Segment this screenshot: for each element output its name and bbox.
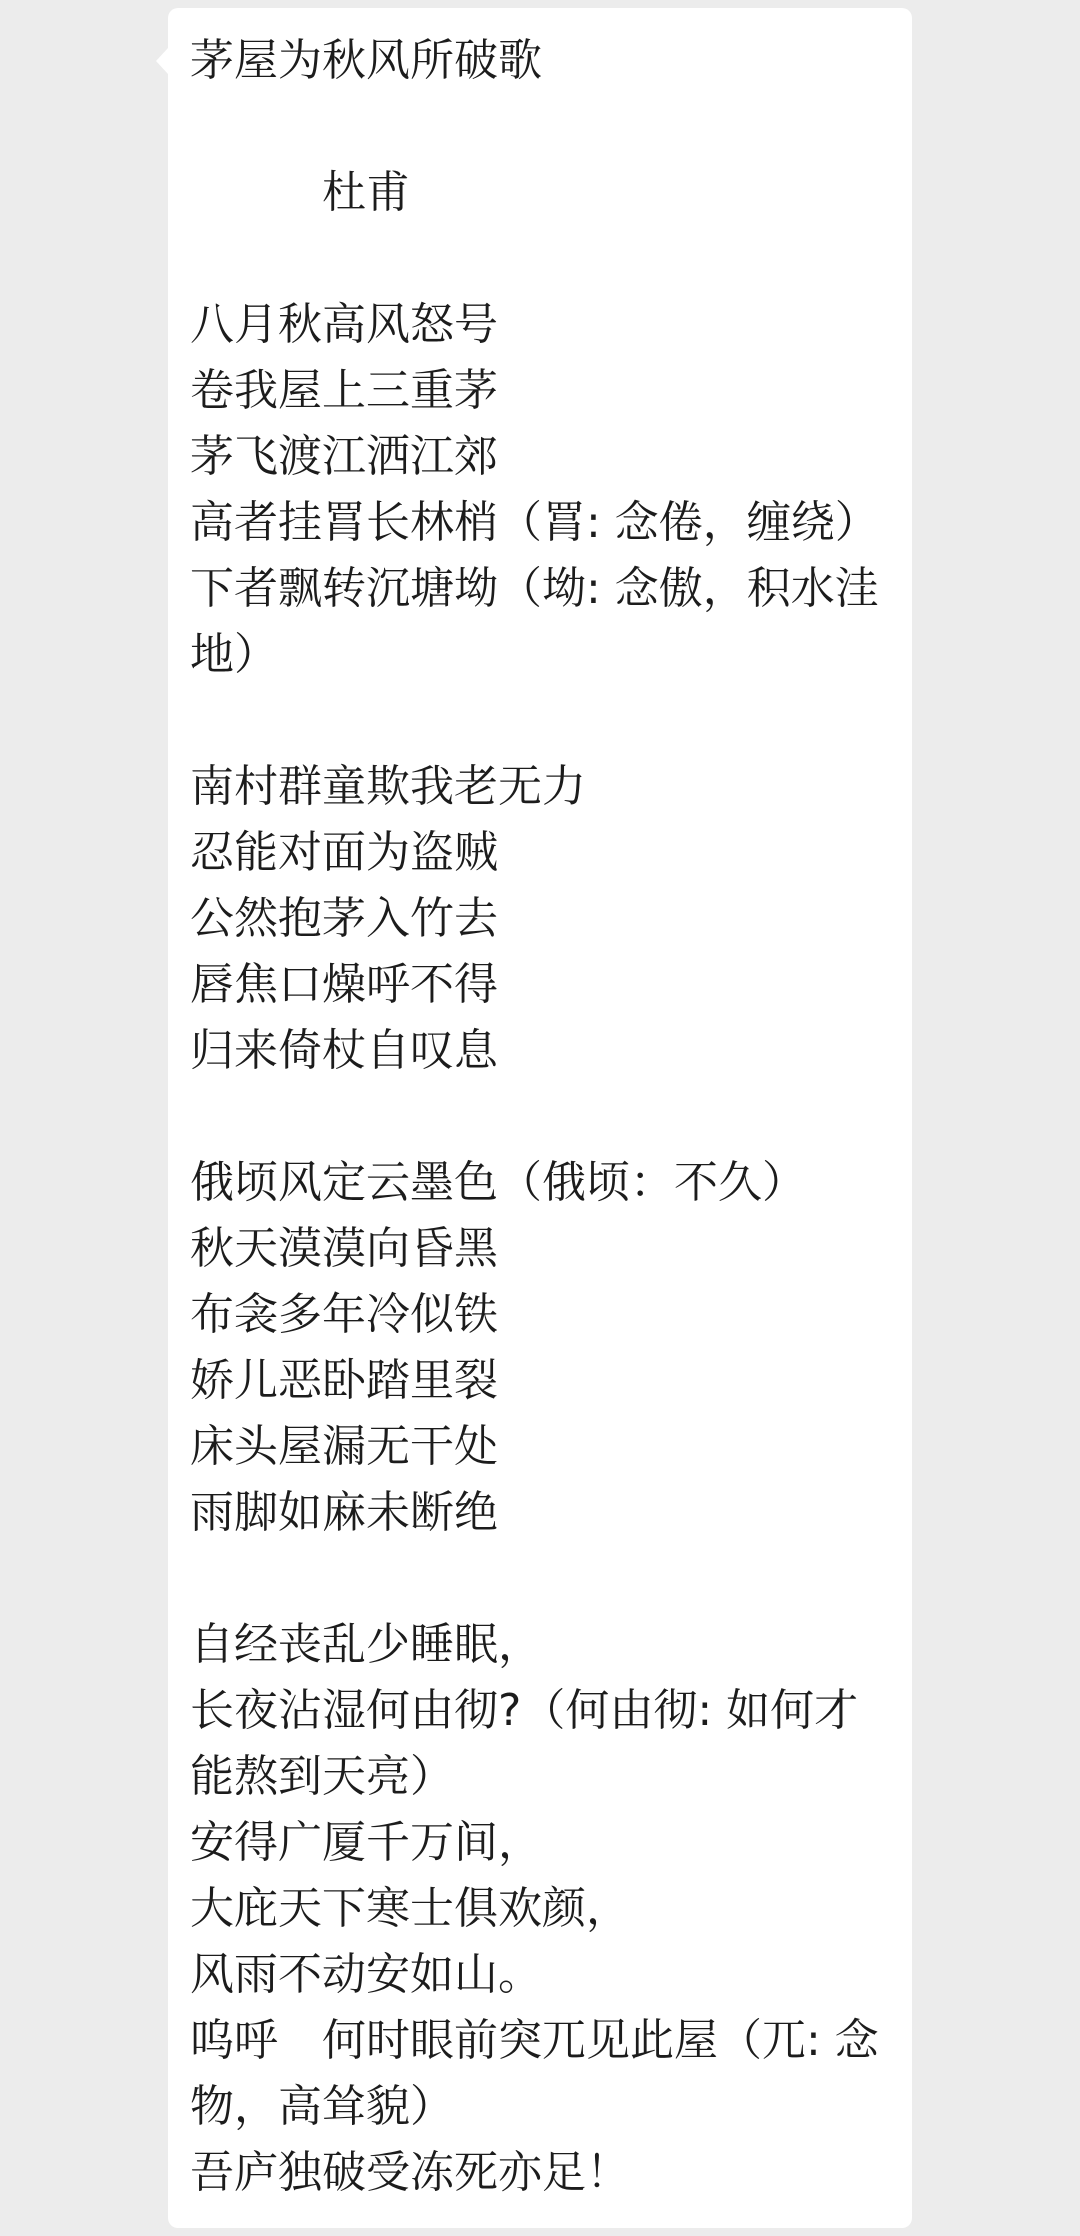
poem-line: 风雨不动安如山。 xyxy=(190,1942,892,2008)
poem-line: 高者挂罥长林梢（罥: 念倦，缠绕） xyxy=(190,490,892,556)
poem-line: 自经丧乱少睡眠， xyxy=(190,1612,892,1678)
poem-line: 茅飞渡江洒江郊 xyxy=(190,424,892,490)
poem-line: 大庇天下寒士俱欢颜， xyxy=(190,1876,892,1942)
poem-line: 茅屋为秋风所破歌 xyxy=(190,28,892,94)
poem-line: 八月秋高风怒号 xyxy=(190,292,892,358)
poem-line: 床头屋漏无干处 xyxy=(190,1414,892,1480)
poem-line: 卷我屋上三重茅 xyxy=(190,358,892,424)
poem-line: 呜呼 何时眼前突兀见此屋（兀: 念物，高耸貌） xyxy=(190,2008,892,2140)
poem-line xyxy=(190,1084,892,1150)
poem-line xyxy=(190,1546,892,1612)
poem-line: 安得广厦千万间， xyxy=(190,1810,892,1876)
bubble-tail-icon xyxy=(156,48,168,74)
poem-text: 茅屋为秋风所破歌 杜甫八月秋高风怒号卷我屋上三重茅茅飞渡江洒江郊高者挂罥长林梢（… xyxy=(190,28,892,2206)
poem-line: 雨脚如麻未断绝 xyxy=(190,1480,892,1546)
poem-line: 秋天漠漠向昏黑 xyxy=(190,1216,892,1282)
poem-line: 忍能对面为盗贼 xyxy=(190,820,892,886)
poem-line: 吾庐独破受冻死亦足！ xyxy=(190,2140,892,2206)
poem-line: 长夜沾湿何由彻?（何由彻: 如何才能熬到天亮） xyxy=(190,1678,892,1810)
poem-line: 俄顷风定云墨色（俄顷：不久） xyxy=(190,1150,892,1216)
poem-line xyxy=(190,226,892,292)
poem-line: 布衾多年冷似铁 xyxy=(190,1282,892,1348)
poem-line: 公然抱茅入竹去 xyxy=(190,886,892,952)
poem-line: 杜甫 xyxy=(190,160,892,226)
poem-line xyxy=(190,94,892,160)
message-bubble[interactable]: 茅屋为秋风所破歌 杜甫八月秋高风怒号卷我屋上三重茅茅飞渡江洒江郊高者挂罥长林梢（… xyxy=(168,8,912,2228)
chat-background: 茅屋为秋风所破歌 杜甫八月秋高风怒号卷我屋上三重茅茅飞渡江洒江郊高者挂罥长林梢（… xyxy=(0,0,1080,2236)
poem-line: 唇焦口燥呼不得 xyxy=(190,952,892,1018)
poem-line: 南村群童欺我老无力 xyxy=(190,754,892,820)
poem-line: 下者飘转沉塘坳（坳: 念傲，积水洼地） xyxy=(190,556,892,688)
poem-line: 娇儿恶卧踏里裂 xyxy=(190,1348,892,1414)
poem-line: 归来倚杖自叹息 xyxy=(190,1018,892,1084)
poem-line xyxy=(190,688,892,754)
